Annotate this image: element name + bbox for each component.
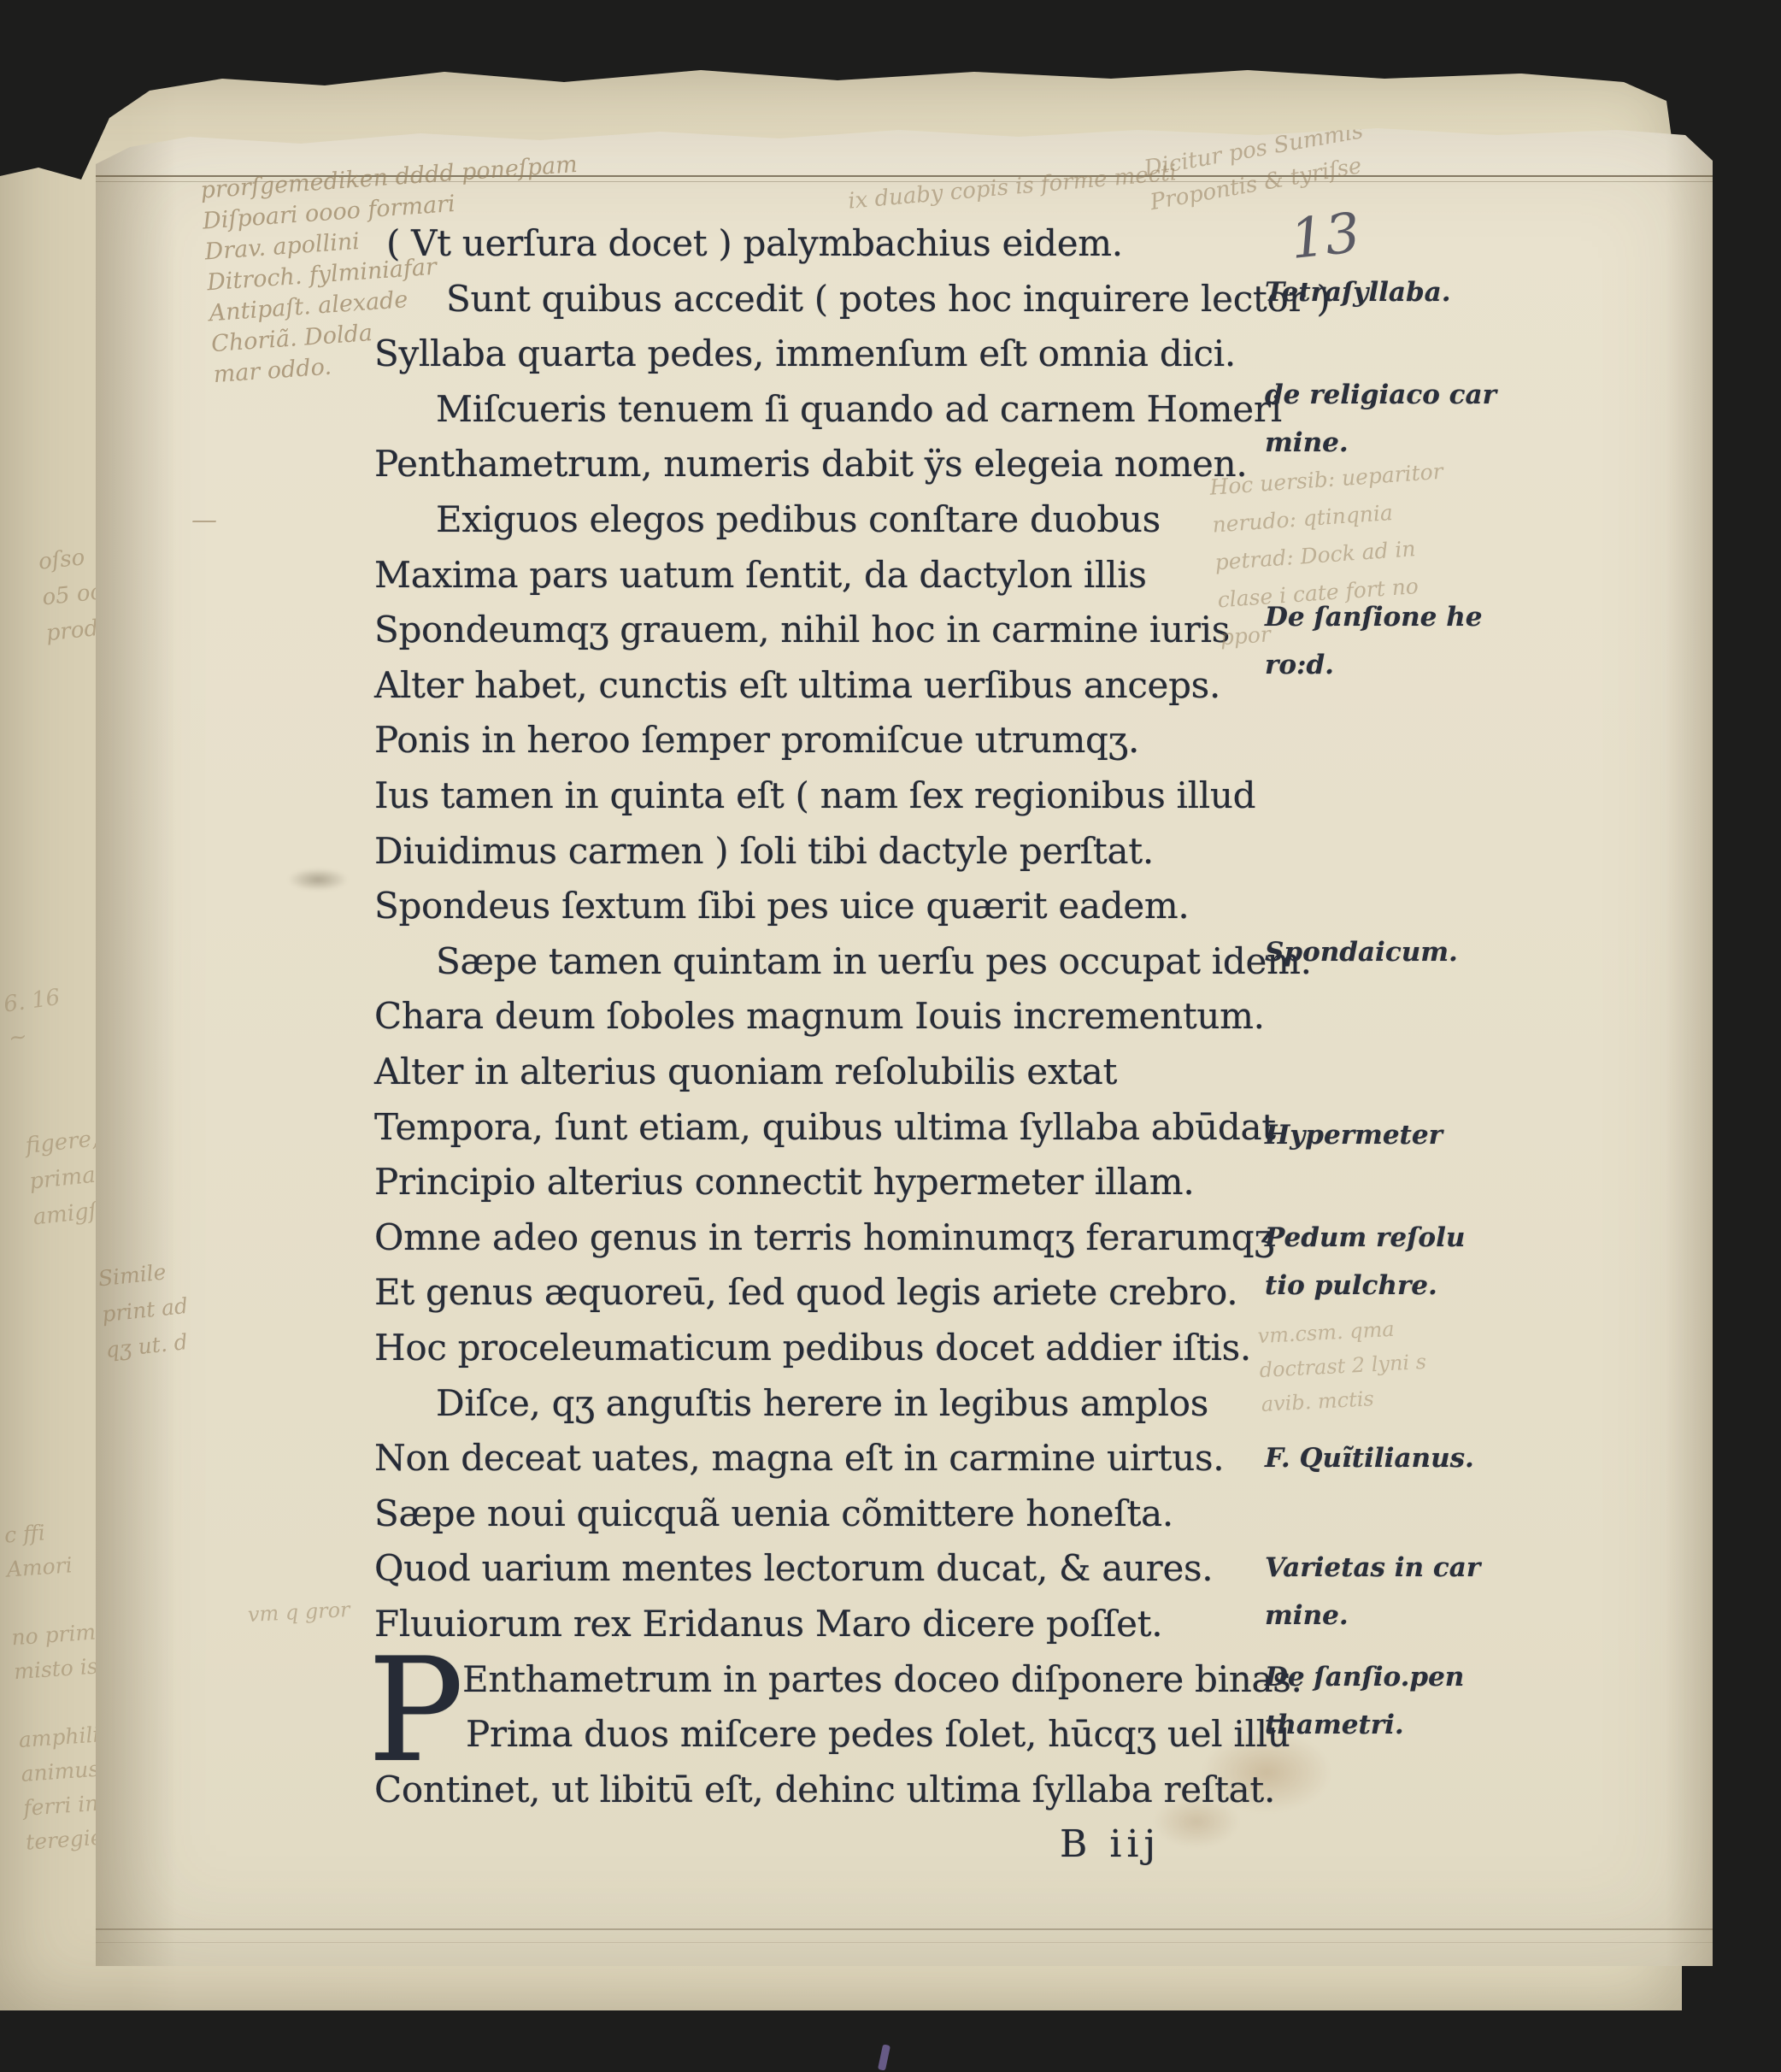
smudge [288,868,348,891]
verse-line: Continet, ut libitū eſt, dehinc ultima ſ… [374,1769,1275,1810]
verse-line: Chara deum ſoboles magnum Iouis incremen… [374,995,1265,1037]
verse-line: Hoc proceleumaticum pedibus docet addier… [374,1327,1251,1369]
verse-line: Ponis in heroo ſemper promiſcue utrumqʒ. [374,719,1139,761]
handwritten-annotation: ix duaby copis is forme mecti [847,162,1178,219]
verse-line: Sæpe tamen quintam in uerſu pes occupat … [436,940,1312,982]
verse-line: Miſcueris tenuem ſi quando ad carnem Hom… [436,388,1282,430]
verse-line: Sæpe noui quicquã uenia cõmittere honeſt… [374,1492,1173,1534]
handwritten-annotation: vm.csm. qmadoctrast 2 lyni savib. mctis [1257,1317,1429,1428]
bottom-fold-line-2 [96,1942,1713,1943]
handwritten-annotation: vm q gror [247,1599,350,1630]
margin-note: Hypermeter [1265,1120,1443,1151]
bottom-fold-line [96,1928,1713,1930]
margin-note: thametri. [1265,1710,1404,1740]
verse-line: Penthametrum, numeris dabit ÿs elegeia n… [374,443,1247,485]
margin-note: de religiaco car [1265,380,1496,410]
verse-line: Non deceat uates, magna eſt in carmine u… [374,1437,1224,1479]
verse-line: Quod uarium mentes lectorum ducat, & aur… [374,1547,1213,1589]
handwritten-annotation: — [191,508,217,533]
margin-note: Pedum reſolu [1265,1222,1465,1253]
margin-note: Varietas in car [1265,1552,1480,1583]
handwritten-annotation: Hoc uersib: ueparitornerudo: qtinqniapet… [1209,461,1455,665]
verse-line: Diſce, qʒ anguſtis herere in legibus amp… [436,1382,1208,1424]
verse-line: Fluuiorum rex Eridanus Maro dicere poſſe… [374,1603,1162,1645]
scanned-book-photo: oſsoo5 oceprodende6. 16~figere,primaamig… [0,0,1781,2072]
verse-line: Spondeumqʒ grauem, nihil hoc in carmine … [374,609,1230,650]
verse-line: Tempora, ſunt etiam, quibus ultima ſylla… [374,1106,1276,1148]
verse-line: Maxima pars uatum ſentit, da dactylon il… [374,554,1147,596]
handwritten-annotation: prorſgemediken dddd poneſpamDiſpoari ooo… [200,153,592,394]
margin-note: Tetraſyllaba. [1265,277,1451,308]
handwritten-annotation: Simileprint adqʒ ut. d [97,1259,195,1375]
binding-thread [878,2044,890,2070]
verse-line: Exiguos elegos pedibus conſtare duobus [436,498,1161,540]
verse-line: Alter habet, cunctis eſt ultima uerſibus… [374,664,1220,706]
margin-note: mine. [1265,1600,1349,1631]
margin-note: Spondaicum. [1265,937,1458,968]
verse-line: Ius tamen in quinta eſt ( nam ſex region… [374,774,1255,816]
handwritten-annotation: 6. 16~ [3,986,68,1062]
book-page: 13 P B iij ( Vt uerſura docet ) palymbac… [96,127,1713,1966]
verse-line: Principio alterius connectit hypermeter … [374,1161,1194,1203]
fore-edge-shadow [1666,127,1713,1966]
verse-line: Enthametrum in partes doceo diſponere bi… [462,1658,1302,1700]
margin-note: De ſanſio.pen [1265,1662,1464,1692]
verse-line: Diuidimus carmen ) ſoli tibi dactyle per… [374,830,1154,872]
verse-line: Et genus æquoreū, ſed quod legis ariete … [374,1271,1237,1313]
margin-note: F. Quĩtilianus. [1265,1443,1474,1474]
drop-cap-initial: P [367,1650,464,1772]
quire-signature: B iij [1060,1822,1161,1866]
margin-note: tio pulchre. [1265,1270,1437,1301]
verse-line: Alter in alterius quoniam reſolubilis ex… [374,1051,1117,1092]
handwritten-folio-number: 13 [1287,202,1363,272]
verse-line: Omne adeo genus in terris hominumqʒ fera… [374,1216,1274,1258]
margin-note: mine. [1265,427,1349,458]
verse-line: Spondeus ſextum ſibi pes uice quærit ead… [374,885,1189,927]
gutter-shadow [96,127,177,1966]
verse-line: Prima duos miſcere pedes ſolet, hūcqʒ ue… [466,1713,1290,1755]
